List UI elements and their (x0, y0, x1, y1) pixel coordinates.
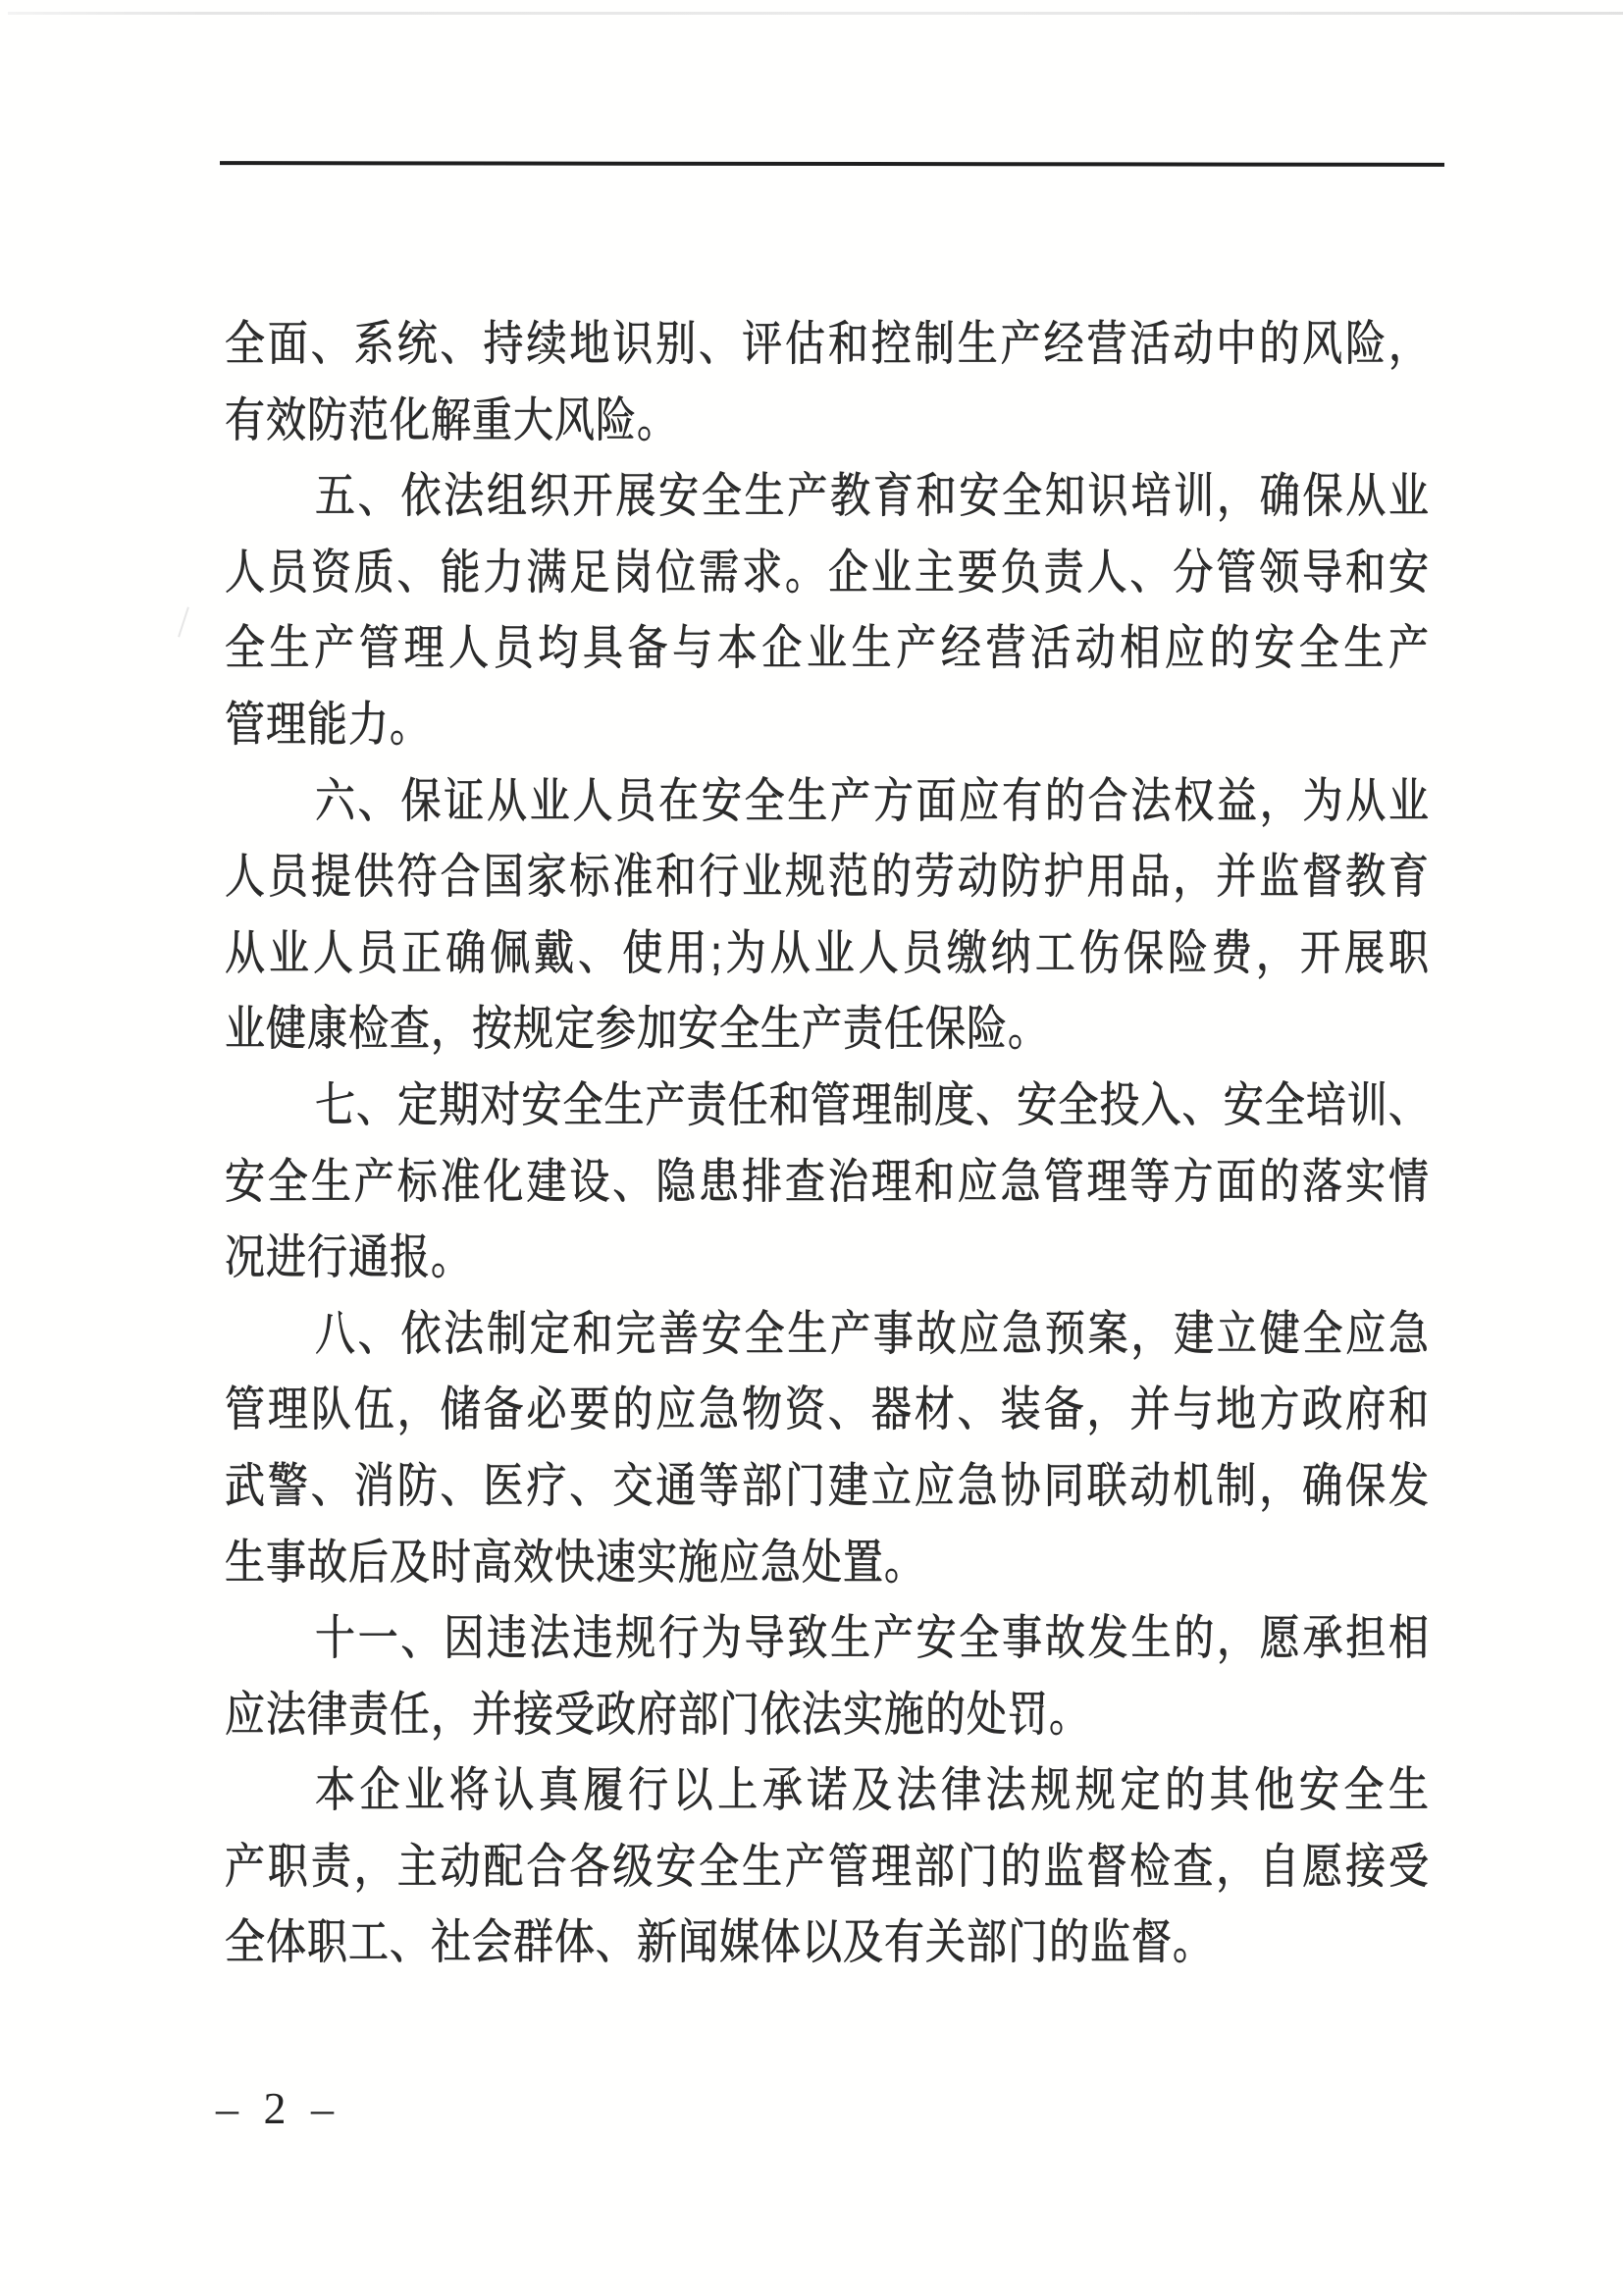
document-page: 全面、系统、持续地识别、评估和控制生产经营活动中的风险， 有效防范化解重大风险。… (0, 0, 1623, 2296)
scan-artifact-mark (178, 606, 189, 637)
text-line: 全体职工、社会群体、新闻媒体以及有关部门的监督。 (225, 1898, 1430, 1988)
document-body: 全面、系统、持续地识别、评估和控制生产经营活动中的风险， 有效防范化解重大风险。… (225, 306, 1430, 1981)
scan-artifact-line (8, 12, 1623, 15)
page-number: – 2 – (216, 2086, 340, 2131)
header-rule (220, 161, 1444, 167)
